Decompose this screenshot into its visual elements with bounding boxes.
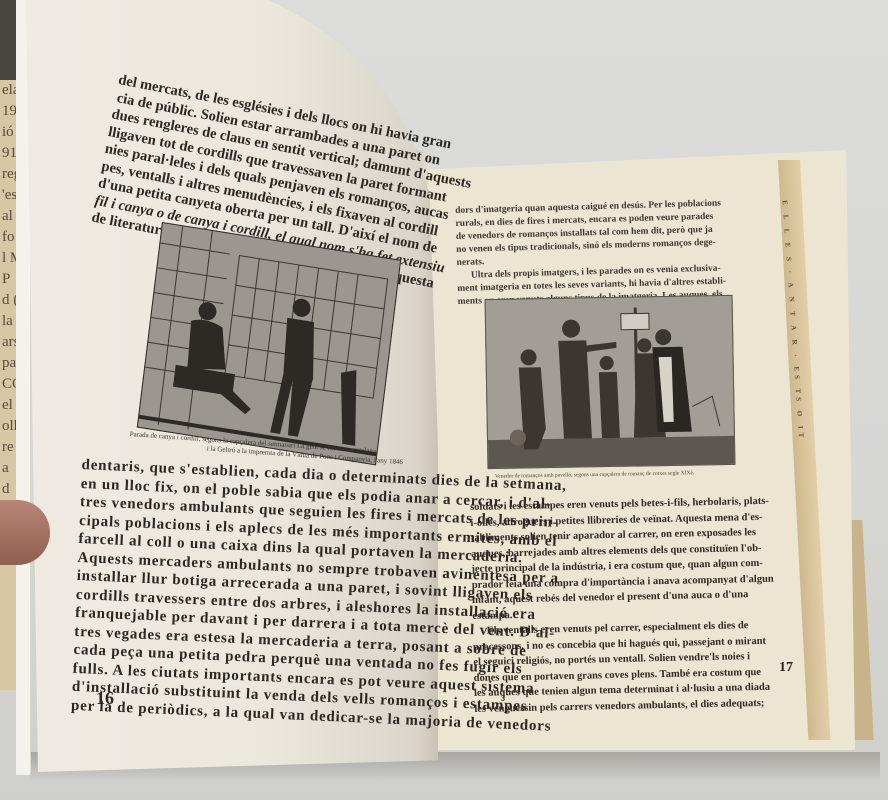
right-page-bottom-text: soldats i les estampes eren venuts pels … [470, 494, 776, 717]
left-page-number: 16 [96, 688, 114, 709]
signature-mark: 3 [501, 694, 505, 703]
illustration-romance-seller-violinist [485, 295, 736, 469]
right-page-top-text: dors d'imatgeria quan aquesta caigué en … [455, 197, 727, 308]
illustration-canya-i-cordill-stall [137, 222, 401, 465]
right-page-number: 17 [779, 660, 793, 676]
